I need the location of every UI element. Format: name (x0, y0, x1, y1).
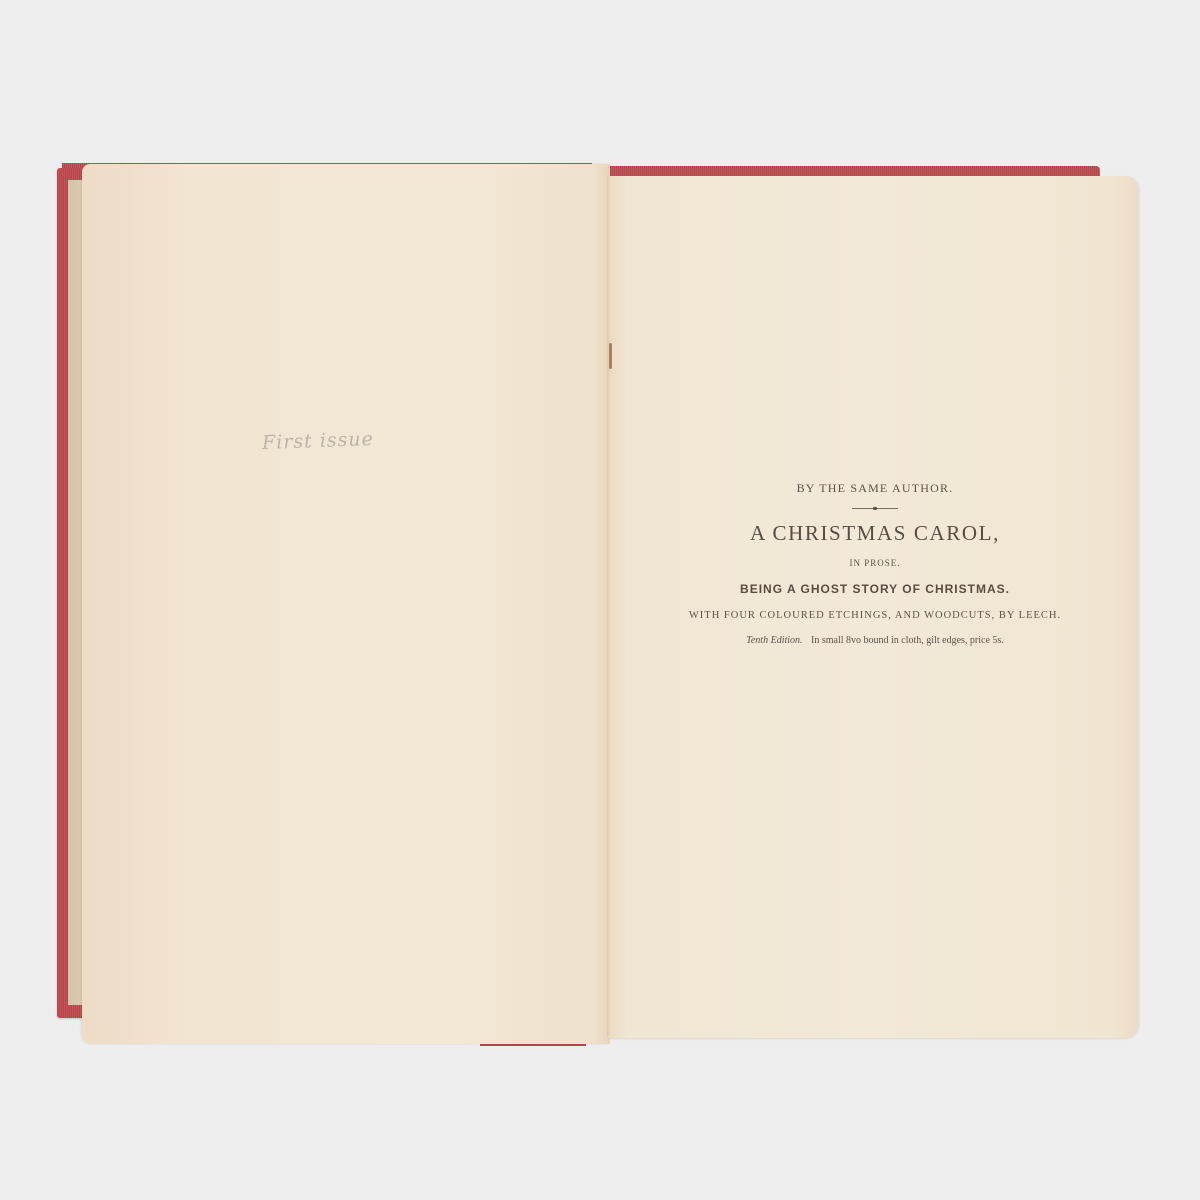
edition-details: In small 8vo bound in cloth, gilt edges,… (811, 635, 1004, 646)
pencil-inscription: First issue (262, 428, 375, 454)
illustrations-line: WITH FOUR COLOURED ETCHINGS, AND WOODCUT… (640, 610, 1110, 621)
photo-scene: First issue BY THE SAME AUTHOR. A CHRIST… (0, 0, 1200, 1200)
left-page (82, 164, 610, 1044)
title-page-text: BY THE SAME AUTHOR. A CHRISTMAS CAROL, I… (640, 476, 1110, 646)
book-subtitle: IN PROSE. (640, 558, 1110, 568)
ornamental-rule (852, 508, 898, 509)
book-title: A CHRISTMAS CAROL, (640, 521, 1110, 546)
book-gutter (607, 176, 610, 1036)
ghost-story-line: BEING A GHOST STORY OF CHRISTMAS. (640, 582, 1110, 596)
edition-line: Tenth Edition. In small 8vo bound in clo… (640, 635, 1110, 646)
foxing-stain (609, 343, 612, 369)
edition-label: Tenth Edition. (746, 635, 802, 646)
by-the-same-author: BY THE SAME AUTHOR. (640, 481, 1110, 496)
